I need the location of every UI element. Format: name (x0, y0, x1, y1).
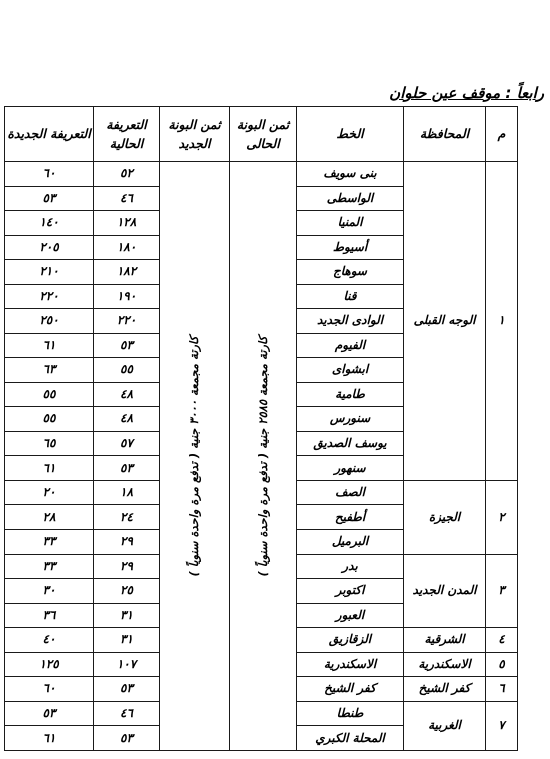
new-tariff-cell: ٣٦ (5, 603, 94, 628)
header-current-coupon-price: ثمن البونة الحالى (230, 107, 297, 162)
new-tariff-cell: ٢٠٥ (5, 235, 94, 260)
line-cell: الزقازيق (297, 628, 404, 653)
governorate-cell: المدن الجديد (404, 554, 486, 628)
new-coupon-note-text: كارتة مجمعة ٣٠٠٠ جنية ( تدفع مرة واحدة س… (188, 336, 201, 576)
new-tariff-cell: ١٤٠ (5, 211, 94, 236)
line-cell: أطفيح (297, 505, 404, 530)
line-cell: العبور (297, 603, 404, 628)
header-line: الخط (297, 107, 404, 162)
line-cell: المنيا (297, 211, 404, 236)
table-row: ١الوجه القبلىبنى سويفكارتة مجمعة ٢٥٨٥ جن… (5, 162, 518, 187)
line-cell: طامية (297, 382, 404, 407)
new-tariff-cell: ٣٣ (5, 554, 94, 579)
current-tariff-cell: ٢٢٠ (94, 309, 160, 334)
line-cell: اكتوبر (297, 579, 404, 604)
current-tariff-cell: ١٠٧ (94, 652, 160, 677)
current-tariff-cell: ٣١ (94, 603, 160, 628)
line-cell: الصف (297, 480, 404, 505)
governorate-cell: الجيزة (404, 480, 486, 554)
new-tariff-cell: ٥٥ (5, 407, 94, 432)
num-cell: ٥ (486, 652, 518, 677)
fare-table: م المحافظة الخط ثمن البونة الحالى ثمن ال… (4, 106, 518, 751)
current-tariff-cell: ٥٣ (94, 726, 160, 751)
new-tariff-cell: ٢٠ (5, 480, 94, 505)
header-governorate: المحافظة (404, 107, 486, 162)
new-tariff-cell: ٦١ (5, 456, 94, 481)
current-tariff-cell: ٥٢ (94, 162, 160, 187)
new-tariff-cell: ٢١٠ (5, 260, 94, 285)
line-cell: سنورس (297, 407, 404, 432)
current-tariff-cell: ٢٩ (94, 554, 160, 579)
current-tariff-cell: ٤٦ (94, 701, 160, 726)
current-tariff-cell: ١٢٨ (94, 211, 160, 236)
current-tariff-cell: ٥٣ (94, 677, 160, 702)
num-cell: ٦ (486, 677, 518, 702)
num-cell: ٢ (486, 480, 518, 554)
current-tariff-cell: ١٨٢ (94, 260, 160, 285)
header-new-tariff: التعريفة الجديدة (5, 107, 94, 162)
current-coupon-note: كارتة مجمعة ٢٥٨٥ جنية ( تدفع مرة واحدة س… (230, 162, 297, 751)
num-cell: ٧ (486, 701, 518, 750)
current-tariff-cell: ٥٥ (94, 358, 160, 383)
new-tariff-cell: ٦١ (5, 333, 94, 358)
current-tariff-cell: ١٨٠ (94, 235, 160, 260)
current-tariff-cell: ٢٥ (94, 579, 160, 604)
new-tariff-cell: ٢٢٠ (5, 284, 94, 309)
line-cell: أسيوط (297, 235, 404, 260)
table-header: م المحافظة الخط ثمن البونة الحالى ثمن ال… (5, 107, 518, 162)
current-tariff-cell: ١٨ (94, 480, 160, 505)
current-tariff-cell: ٥٣ (94, 333, 160, 358)
current-tariff-cell: ٢٩ (94, 529, 160, 554)
line-cell: يوسف الصديق (297, 431, 404, 456)
current-tariff-cell: ٤٦ (94, 186, 160, 211)
governorate-cell: كفر الشيخ (404, 677, 486, 702)
governorate-cell: الوجه القبلى (404, 162, 486, 481)
current-tariff-cell: ٢٤ (94, 505, 160, 530)
header-current-tariff: التعريفة الحالية (94, 107, 160, 162)
line-cell: الاسكندرية (297, 652, 404, 677)
line-cell: كفر الشيخ (297, 677, 404, 702)
line-cell: الواسطى (297, 186, 404, 211)
current-tariff-cell: ٤٨ (94, 382, 160, 407)
page-title: رابعاً : موقف عين حلوان (0, 84, 550, 102)
line-cell: المحلة الكبري (297, 726, 404, 751)
new-tariff-cell: ١٢٥ (5, 652, 94, 677)
new-tariff-cell: ٢٨ (5, 505, 94, 530)
new-tariff-cell: ٦٠ (5, 162, 94, 187)
new-tariff-cell: ٦١ (5, 726, 94, 751)
new-tariff-cell: ٣٠ (5, 579, 94, 604)
line-cell: بنى سويف (297, 162, 404, 187)
new-tariff-cell: ٥٣ (5, 186, 94, 211)
line-cell: بدر (297, 554, 404, 579)
new-coupon-note: كارتة مجمعة ٣٠٠٠ جنية ( تدفع مرة واحدة س… (160, 162, 230, 751)
new-tariff-cell: ٣٣ (5, 529, 94, 554)
num-cell: ٣ (486, 554, 518, 628)
document-page: رابعاً : موقف عين حلوان م المحافظة الخط … (0, 0, 550, 751)
current-tariff-cell: ٤٨ (94, 407, 160, 432)
header-num: م (486, 107, 518, 162)
current-tariff-cell: ٥٧ (94, 431, 160, 456)
num-cell: ٤ (486, 628, 518, 653)
line-cell: سوهاج (297, 260, 404, 285)
line-cell: الوادى الجديد (297, 309, 404, 334)
new-tariff-cell: ٥٥ (5, 382, 94, 407)
line-cell: البرميل (297, 529, 404, 554)
new-tariff-cell: ٤٠ (5, 628, 94, 653)
current-tariff-cell: ٣١ (94, 628, 160, 653)
new-tariff-cell: ٦٠ (5, 677, 94, 702)
governorate-cell: الغربية (404, 701, 486, 750)
governorate-cell: الاسكندرية (404, 652, 486, 677)
current-coupon-note-text: كارتة مجمعة ٢٥٨٥ جنية ( تدفع مرة واحدة س… (257, 336, 270, 576)
current-coupon-note-wrap: كارتة مجمعة ٢٥٨٥ جنية ( تدفع مرة واحدة س… (230, 162, 296, 750)
new-coupon-note-wrap: كارتة مجمعة ٣٠٠٠ جنية ( تدفع مرة واحدة س… (160, 162, 229, 750)
new-tariff-cell: ٥٣ (5, 701, 94, 726)
line-cell: طنطا (297, 701, 404, 726)
new-tariff-cell: ٢٥٠ (5, 309, 94, 334)
header-row: م المحافظة الخط ثمن البونة الحالى ثمن ال… (5, 107, 518, 162)
table-body: ١الوجه القبلىبنى سويفكارتة مجمعة ٢٥٨٥ جن… (5, 162, 518, 751)
line-cell: ابشواى (297, 358, 404, 383)
num-cell: ١ (486, 162, 518, 481)
header-new-coupon-price: ثمن البونة الجديد (160, 107, 230, 162)
new-tariff-cell: ٦٣ (5, 358, 94, 383)
line-cell: سنهور (297, 456, 404, 481)
new-tariff-cell: ٦٥ (5, 431, 94, 456)
current-tariff-cell: ٥٣ (94, 456, 160, 481)
current-tariff-cell: ١٩٠ (94, 284, 160, 309)
governorate-cell: الشرقية (404, 628, 486, 653)
line-cell: قنا (297, 284, 404, 309)
line-cell: الفيوم (297, 333, 404, 358)
